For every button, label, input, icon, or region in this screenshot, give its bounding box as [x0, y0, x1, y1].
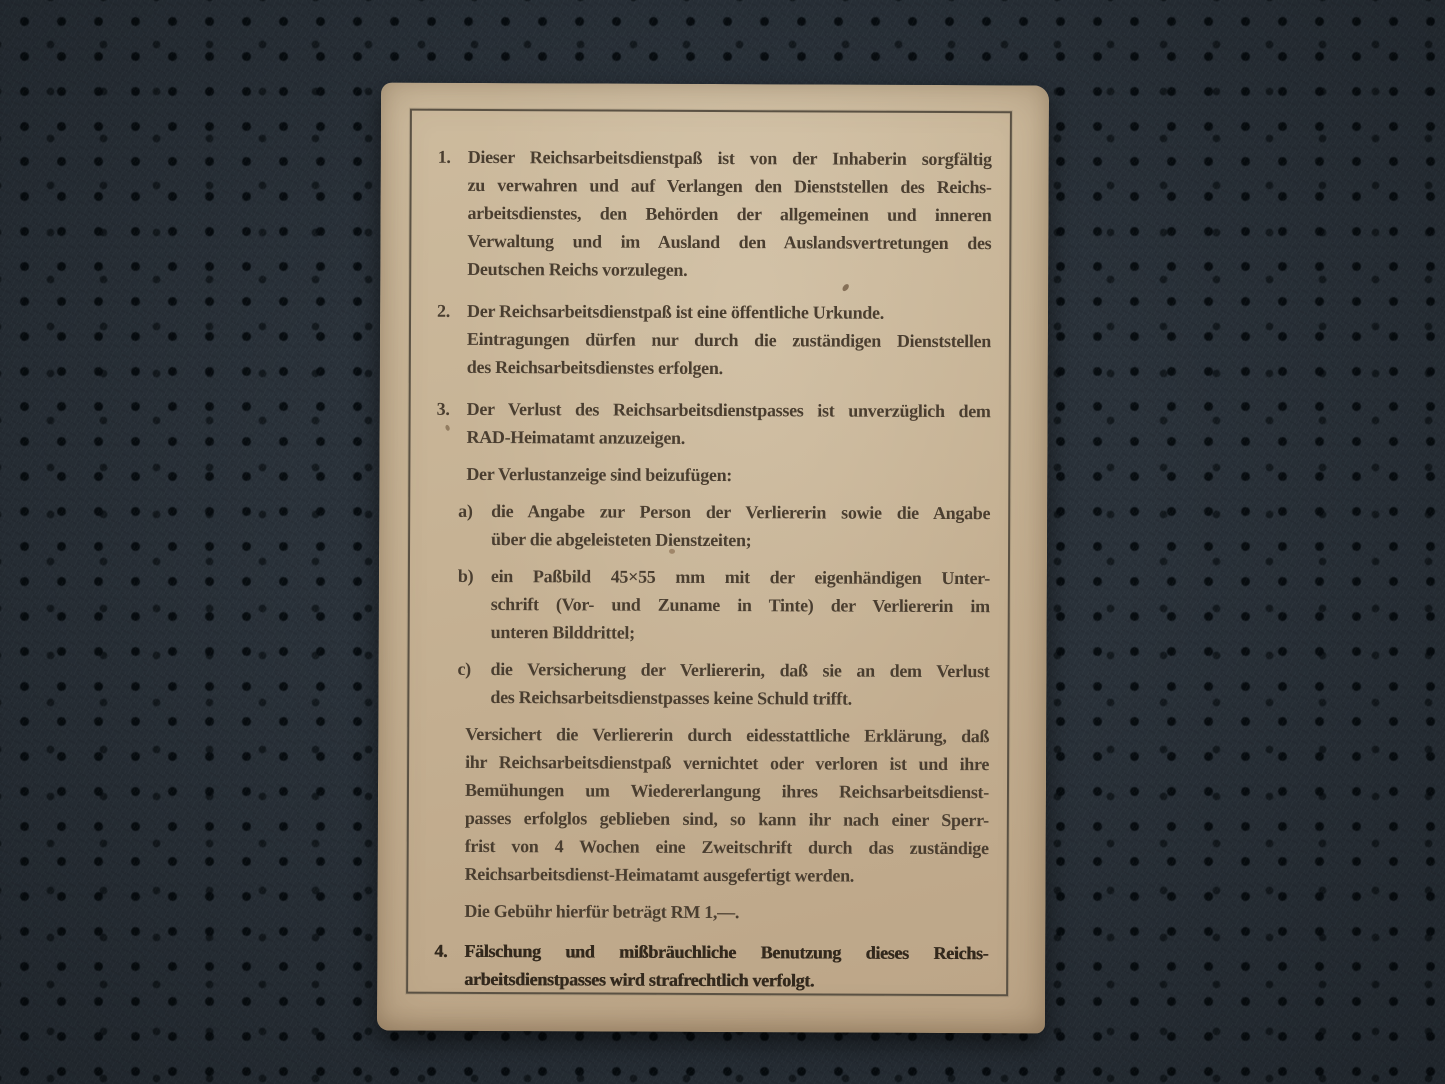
- item-text: die Angabe zur Person der Verliererin so…: [491, 497, 990, 555]
- text-line: unteren Bilddrittel;: [491, 618, 990, 648]
- item-text: Versichert die Verliererin durch eidesst…: [465, 720, 990, 890]
- text-line: Versichert die Verliererin durch eidesst…: [465, 720, 989, 750]
- text-line: Reichsarbeitsdienst-Heimatamt ausgeferti…: [465, 860, 989, 890]
- text-line: Dieser Reichsarbeitsdienstpaß ist von de…: [468, 143, 992, 173]
- item-label: 1.: [438, 143, 468, 171]
- text-line: des Reichsarbeitsdienstpasses keine Schu…: [490, 683, 989, 713]
- instruction-item: 4.Fälschung und mißbräuchliche Benutzung…: [434, 937, 988, 995]
- instruction-item: 3.Der Verlust des Reichsarbeitsdienstpas…: [436, 395, 990, 453]
- text-line: arbeitsdienstpasses wird strafrechtlich …: [464, 965, 988, 995]
- photo-background: { "colors": { "fabric_background": "#2a3…: [0, 0, 1445, 1084]
- text-line: Die Gebühr hierfür beträgt RM 1,—.: [464, 897, 988, 927]
- item-text: Der Verlustanzeige sind beizufügen:: [466, 460, 990, 490]
- text-line: frist von 4 Wochen eine Zweitschrift dur…: [465, 832, 989, 862]
- text-line: die Versicherung der Verliererin, daß si…: [490, 655, 989, 685]
- instructions-list: 1.Dieser Reichsarbeitsdienstpaß ist von …: [434, 143, 992, 994]
- item-label: c): [457, 655, 490, 683]
- item-label: 4.: [434, 937, 464, 965]
- instruction-item: Versichert die Verliererin durch eidesst…: [465, 720, 990, 890]
- text-line: passes erfolglos geblieben sind, so kann…: [465, 804, 989, 834]
- instruction-item: Die Gebühr hierfür beträgt RM 1,—.: [464, 897, 988, 927]
- text-line: ein Paßbild 45×55 mm mit der eigenhändig…: [491, 562, 990, 592]
- instruction-item: b)ein Paßbild 45×55 mm mit der eigenhänd…: [458, 562, 990, 648]
- instruction-item: 1.Dieser Reichsarbeitsdienstpaß ist von …: [437, 143, 992, 285]
- text-line: Der Verlust des Reichsarbeitsdienstpasse…: [467, 395, 991, 425]
- text-line: des Reichsarbeitsdienstes erfolgen.: [467, 353, 991, 383]
- item-text: Der Verlust des Reichsarbeitsdienstpasse…: [466, 395, 990, 453]
- item-text: Fälschung und mißbräuchliche Benutzung d…: [464, 937, 988, 995]
- text-line: Fälschung und mißbräuchliche Benutzung d…: [464, 937, 988, 967]
- text-line: schrift (Vor- und Zuname in Tinte) der V…: [491, 590, 990, 620]
- item-text: die Versicherung der Verliererin, daß si…: [490, 655, 989, 713]
- text-line: über die abgeleisteten Dienstzeiten;: [491, 525, 990, 555]
- paper-speck: [669, 549, 675, 554]
- text-line: zu verwahren und auf Verlangen den Diens…: [468, 171, 992, 201]
- item-label: b): [458, 562, 491, 590]
- instruction-item: 2.Der Reichsarbeitsdienstpaß ist eine öf…: [437, 297, 991, 383]
- text-line: Bemühungen um Wiedererlangung ihres Reic…: [465, 776, 989, 806]
- text-line: Der Verlustanzeige sind beizufügen:: [466, 460, 990, 490]
- text-line: die Angabe zur Person der Verliererin so…: [491, 497, 990, 527]
- text-line: ihr Reichsarbeitsdienstpaß vernichtet od…: [465, 748, 989, 778]
- item-text: ein Paßbild 45×55 mm mit der eigenhändig…: [491, 562, 990, 648]
- text-line: arbeitsdienstes, den Behörden der allgem…: [467, 199, 991, 229]
- text-line: Deutschen Reichs vorzulegen.: [467, 255, 991, 285]
- text-line: Der Reichsarbeitsdienstpaß ist eine öffe…: [467, 297, 991, 327]
- text-line: RAD-Heimatamt anzuzeigen.: [466, 423, 990, 453]
- instruction-item: Der Verlustanzeige sind beizufügen:: [466, 460, 990, 490]
- item-label: 3.: [437, 395, 467, 423]
- instruction-item: a)die Angabe zur Person der Verliererin …: [458, 497, 990, 555]
- item-label: 2.: [437, 297, 467, 325]
- border-frame: 1.Dieser Reichsarbeitsdienstpaß ist von …: [406, 109, 1012, 997]
- instruction-item: c)die Versicherung der Verliererin, daß …: [457, 655, 989, 713]
- document-card: 1.Dieser Reichsarbeitsdienstpaß ist von …: [377, 83, 1049, 1034]
- paper-speck: [573, 954, 577, 958]
- item-text: Der Reichsarbeitsdienstpaß ist eine öffe…: [467, 297, 991, 383]
- item-text: Dieser Reichsarbeitsdienstpaß ist von de…: [467, 143, 992, 285]
- item-label: a): [458, 497, 491, 525]
- text-line: Eintragungen dürfen nur durch die zustän…: [467, 325, 991, 355]
- text-line: Verwaltung und im Ausland den Auslandsve…: [467, 227, 991, 257]
- item-text: Die Gebühr hierfür beträgt RM 1,—.: [464, 897, 988, 927]
